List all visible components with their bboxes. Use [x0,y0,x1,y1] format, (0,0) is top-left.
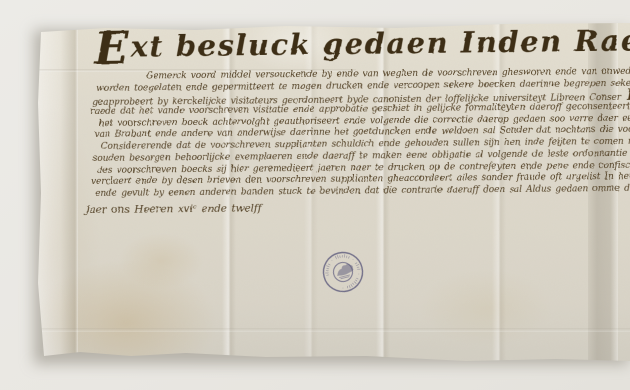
manuscript-header-line: Ext besluck gedaen Inden Raede bande Ert… [94,23,630,71]
stamp-emblem-lines [339,275,350,279]
parchment-document: Ext besluck gedaen Inden Raede bande Ert… [36,23,630,361]
photo-backdrop: Ext besluck gedaen Inden Raede bande Ert… [0,0,630,390]
horizontal-crease [36,328,630,332]
header-swash-initial: E [94,23,129,75]
stamp-emblem [335,263,354,277]
date-text: Jaer ons Heeren xviᶜ ende twelff [85,202,261,216]
manuscript-body: Gemerck voord middel versouckende by end… [90,65,630,216]
archive-stamp: ılıılı · llıılıı · ılıl · ıılıllı · [316,245,369,298]
left-fold-strip [36,23,78,361]
